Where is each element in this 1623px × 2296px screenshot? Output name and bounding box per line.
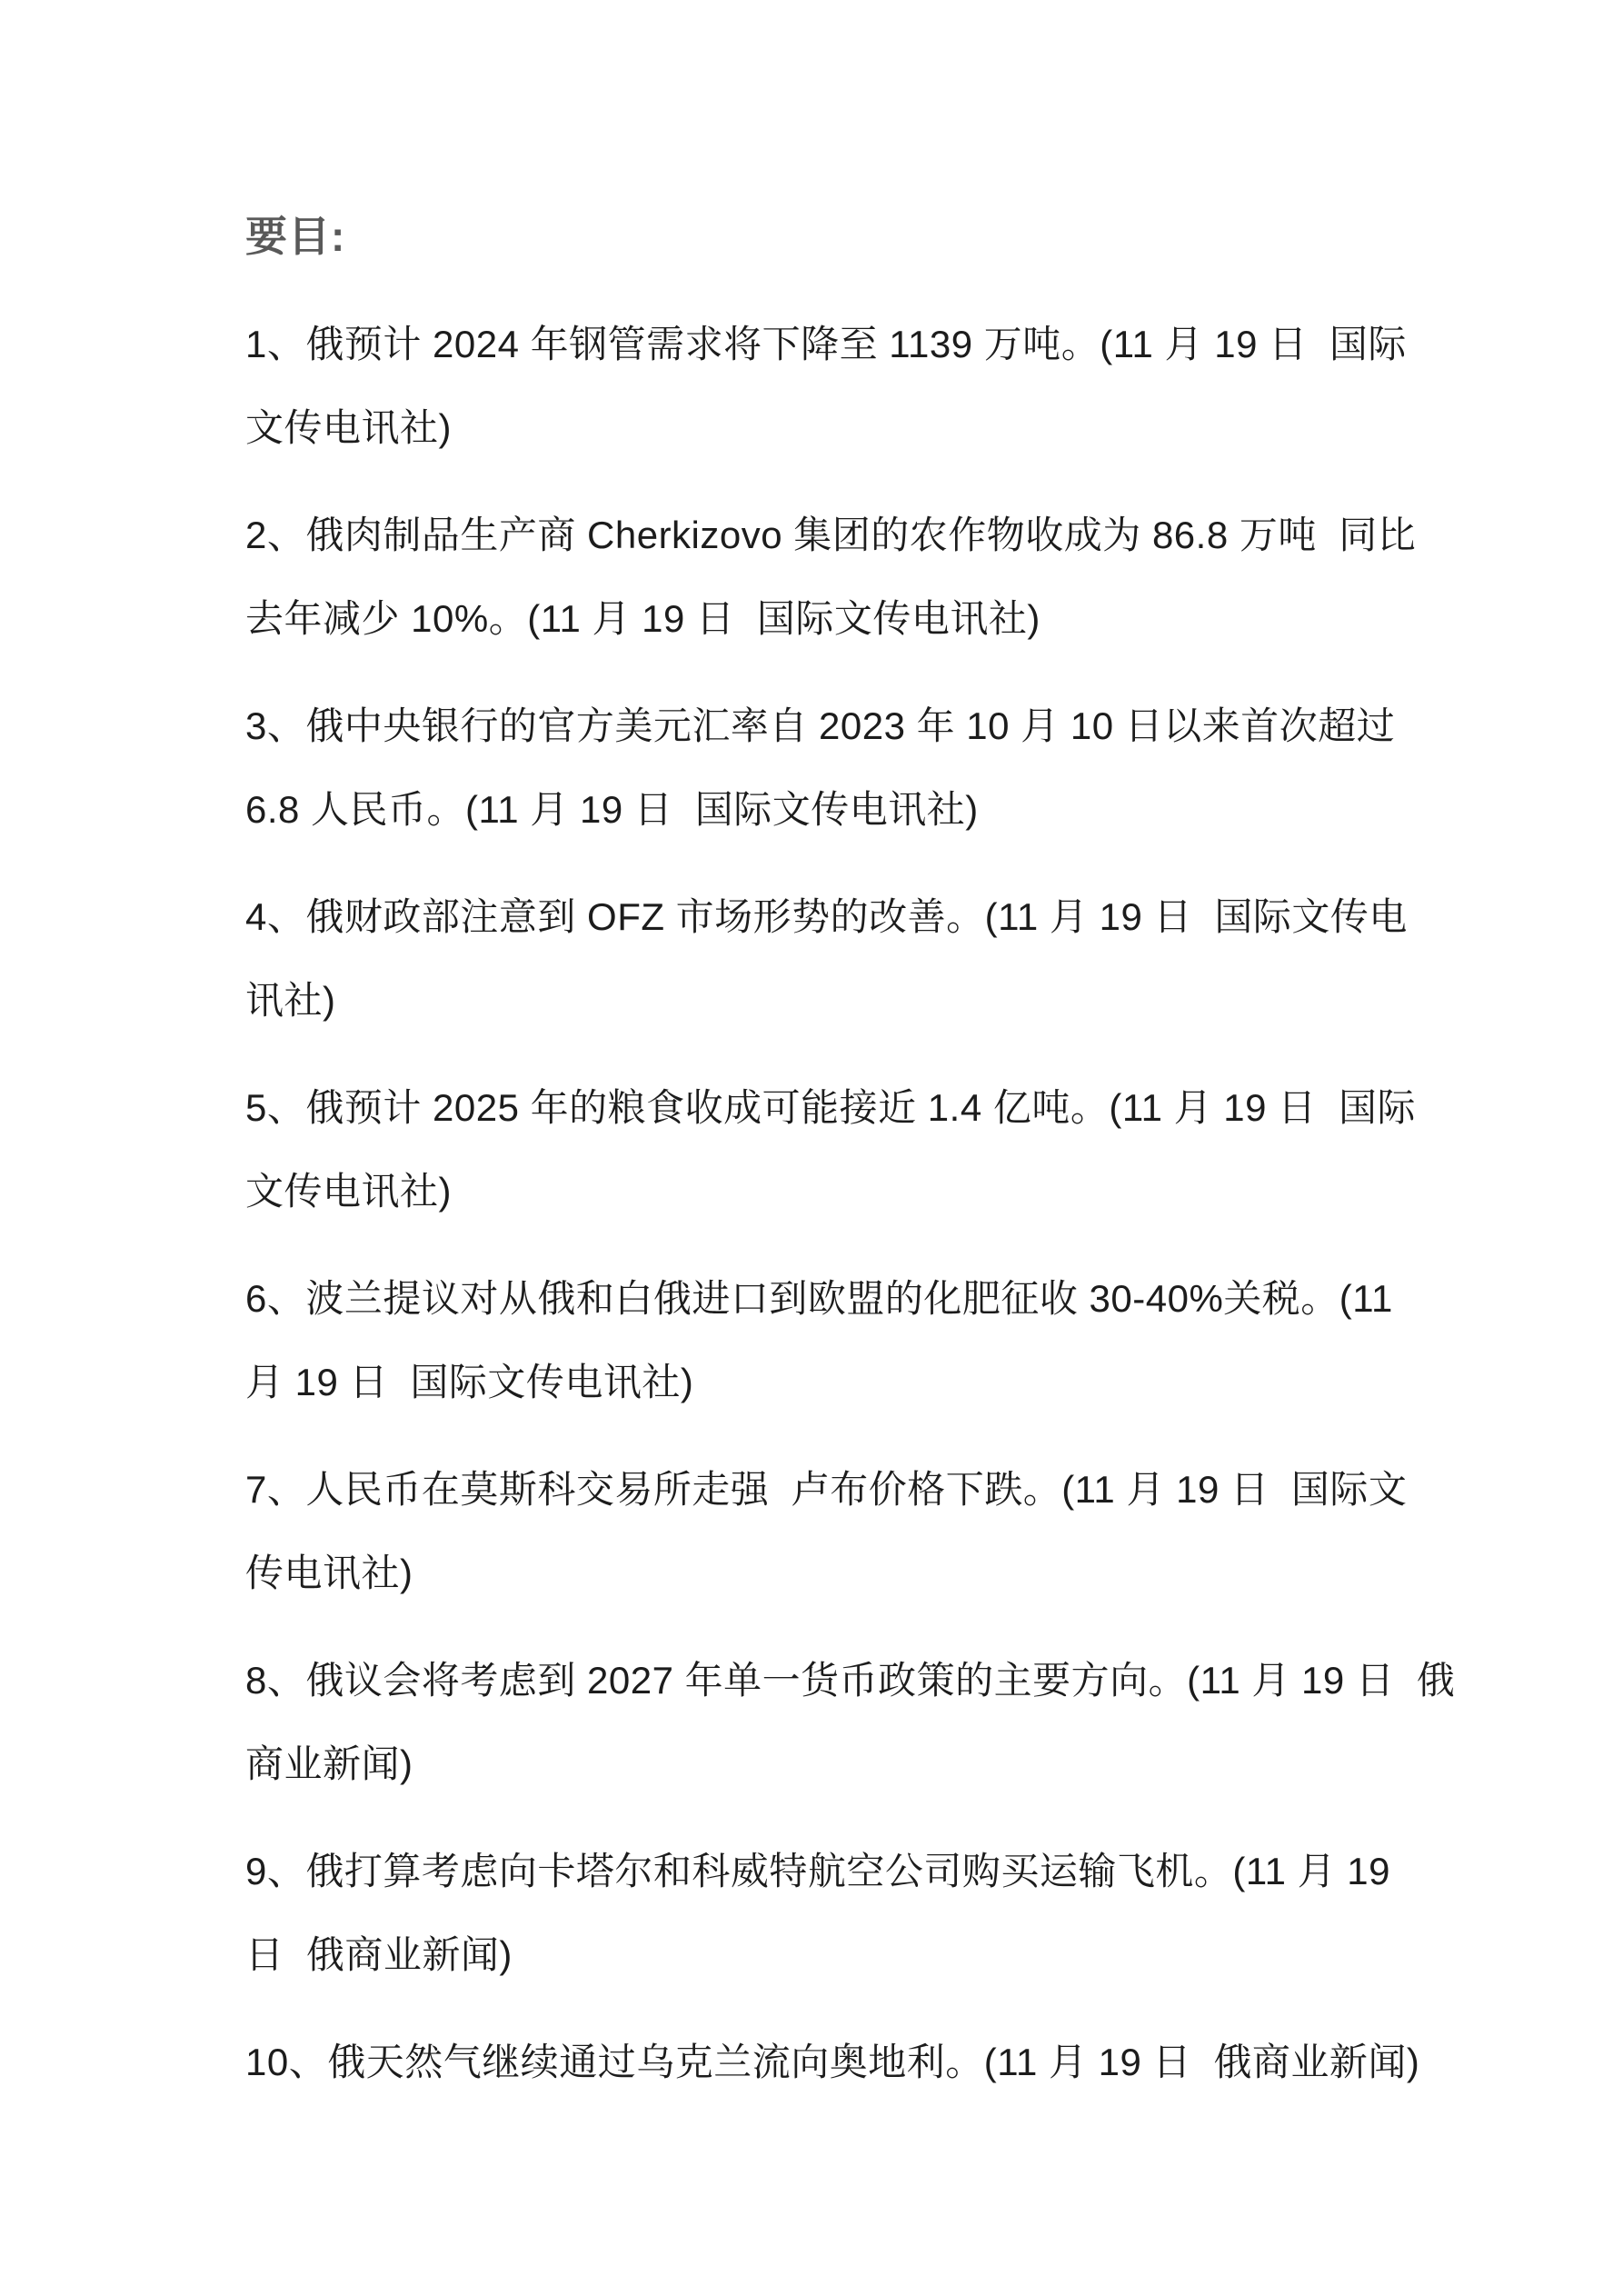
news-line: 7、人民币在莫斯科交易所走强 卢布价格下跌。(11 月 19 日 国际文 (245, 1448, 1396, 1532)
news-line: 5、俄预计 2025 年的粮食收成可能接近 1.4 亿吨。(11 月 19 日 … (245, 1066, 1396, 1150)
news-line: 6.8 人民币。(11 月 19 日 国际文传电讯社) (245, 768, 1396, 852)
news-line: 讯社) (245, 959, 1396, 1043)
news-line: 8、俄议会将考虑到 2027 年单一货币政策的主要方向。(11 月 19 日 俄 (245, 1639, 1396, 1722)
news-item-2: 2、俄肉制品生产商 Cherkizovo 集团的农作物收成为 86.8 万吨 同… (245, 494, 1396, 661)
news-line: 传电讯社) (245, 1532, 1396, 1615)
news-line: 1、俄预计 2024 年钢管需求将下降至 1139 万吨。(11 月 19 日 … (245, 303, 1396, 386)
news-line: 商业新闻) (245, 1722, 1396, 1806)
page-title: 要目: (245, 205, 1396, 268)
news-line: 文传电讯社) (245, 1150, 1396, 1233)
news-line: 文传电讯社) (245, 386, 1396, 470)
news-line: 10、俄天然气继续通过乌克兰流向奥地利。(11 月 19 日 俄商业新闻) (245, 2021, 1396, 2104)
news-item-5: 5、俄预计 2025 年的粮食收成可能接近 1.4 亿吨。(11 月 19 日 … (245, 1066, 1396, 1233)
news-line: 3、俄中央银行的官方美元汇率自 2023 年 10 月 10 日以来首次超过 (245, 684, 1396, 768)
news-item-6: 6、波兰提议对从俄和白俄进口到欧盟的化肥征收 30-40%关税。(11 月 19… (245, 1257, 1396, 1424)
news-line: 去年减少 10%。(11 月 19 日 国际文传电讯社) (245, 577, 1396, 661)
news-item-3: 3、俄中央银行的官方美元汇率自 2023 年 10 月 10 日以来首次超过 6… (245, 684, 1396, 852)
news-item-1: 1、俄预计 2024 年钢管需求将下降至 1139 万吨。(11 月 19 日 … (245, 303, 1396, 470)
news-item-9: 9、俄打算考虑向卡塔尔和科威特航空公司购买运输飞机。(11 月 19 日 俄商业… (245, 1830, 1396, 1997)
news-item-7: 7、人民币在莫斯科交易所走强 卢布价格下跌。(11 月 19 日 国际文 传电讯… (245, 1448, 1396, 1615)
news-item-4: 4、俄财政部注意到 OFZ 市场形势的改善。(11 月 19 日 国际文传电 讯… (245, 875, 1396, 1043)
news-line: 2、俄肉制品生产商 Cherkizovo 集团的农作物收成为 86.8 万吨 同… (245, 494, 1396, 577)
news-line: 9、俄打算考虑向卡塔尔和科威特航空公司购买运输飞机。(11 月 19 (245, 1830, 1396, 1913)
news-line: 4、俄财政部注意到 OFZ 市场形势的改善。(11 月 19 日 国际文传电 (245, 875, 1396, 959)
news-item-10: 10、俄天然气继续通过乌克兰流向奥地利。(11 月 19 日 俄商业新闻) (245, 2021, 1396, 2104)
news-line: 月 19 日 国际文传电讯社) (245, 1341, 1396, 1424)
news-item-8: 8、俄议会将考虑到 2027 年单一货币政策的主要方向。(11 月 19 日 俄… (245, 1639, 1396, 1806)
news-line: 日 俄商业新闻) (245, 1913, 1396, 1997)
news-line: 6、波兰提议对从俄和白俄进口到欧盟的化肥征收 30-40%关税。(11 (245, 1257, 1396, 1341)
